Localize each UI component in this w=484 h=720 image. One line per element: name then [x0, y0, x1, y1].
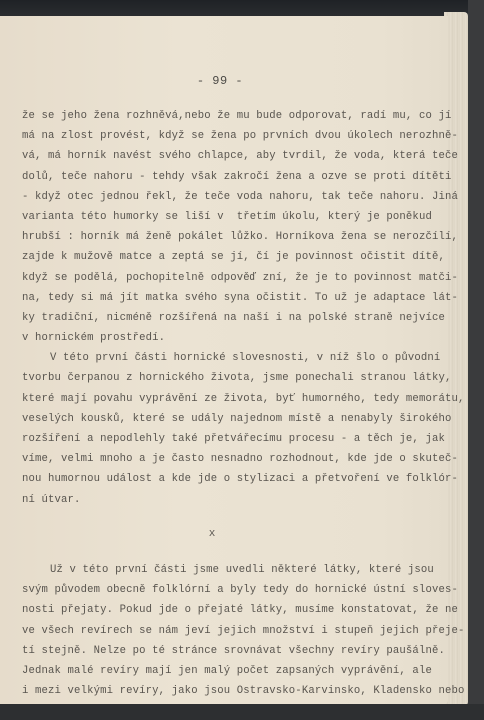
- text-line: veselých kousků, které se udály najednom…: [22, 409, 432, 429]
- text-line: dolů, teče nahoru - tehdy však zakročí ž…: [22, 167, 432, 187]
- text-line: víme, velmi mnoho a je často nesnadno ro…: [22, 449, 432, 469]
- section-divider: x: [0, 528, 424, 540]
- scan-background-top: [0, 0, 484, 17]
- text-line: na, tedy si má jít matka svého syna očis…: [22, 288, 432, 308]
- text-line: zajde k mužově matce a zeptá se jí, čí j…: [22, 247, 432, 267]
- document-page: - 99 - že se jeho žena rozhněvá,nebo že …: [0, 16, 448, 704]
- text-line: v hornickém prostředí.: [22, 328, 432, 348]
- text-line: i mezi velkými revíry, jako jsou Ostravs…: [22, 681, 432, 701]
- text-line: - když otec jednou řekl, že teče voda na…: [22, 187, 432, 207]
- text-line: rozšíření a nepodlehly také přetvářecímu…: [22, 429, 432, 449]
- text-line: varianta této humorky se liší v třetím ú…: [22, 207, 432, 227]
- text-line: V této první části hornické slovesnosti,…: [22, 348, 432, 368]
- scan-background-bottom: [0, 704, 484, 720]
- text-line: Jednak malé revíry mají jen malý počet z…: [22, 661, 432, 681]
- text-line: když se podělá, pochopitelně odpověď zní…: [22, 268, 432, 288]
- text-line: má na zlost provést, když se žena po prv…: [22, 126, 432, 146]
- scan-background-right: [468, 0, 484, 720]
- text-block-upper: že se jeho žena rozhněvá,nebo že mu bude…: [22, 106, 432, 510]
- text-line: že se jeho žena rozhněvá,nebo že mu bude…: [22, 106, 432, 126]
- text-line: Už v této první části jsme uvedli někter…: [22, 560, 432, 580]
- text-line: ní útvar.: [22, 490, 432, 510]
- text-line: vá, má horník navést svého chlapce, aby …: [22, 146, 432, 166]
- text-line: svým původem obecně folklórní a byly ted…: [22, 580, 432, 600]
- text-block-lower: Už v této první části jsme uvedli někter…: [22, 560, 432, 701]
- text-line: nosti přejaty. Pokud jde o přejaté látky…: [22, 600, 432, 620]
- text-line: hrubší : horník má ženě pokálet lůžko. H…: [22, 227, 432, 247]
- text-line: ky tradiční, nicméně rozšířená na naší i…: [22, 308, 432, 328]
- text-line: tí stejně. Nelze po té stránce srovnávat…: [22, 641, 432, 661]
- text-line: nou humornou událost a kde jde o styliza…: [22, 469, 432, 489]
- page-number: - 99 -: [0, 74, 440, 88]
- text-line: ve všech revírech se nám jeví jejich mno…: [22, 621, 432, 641]
- text-line: tvorbu čerpanou z hornického života, jsm…: [22, 368, 432, 388]
- text-line: které mají povahu vyprávění ze života, b…: [22, 389, 432, 409]
